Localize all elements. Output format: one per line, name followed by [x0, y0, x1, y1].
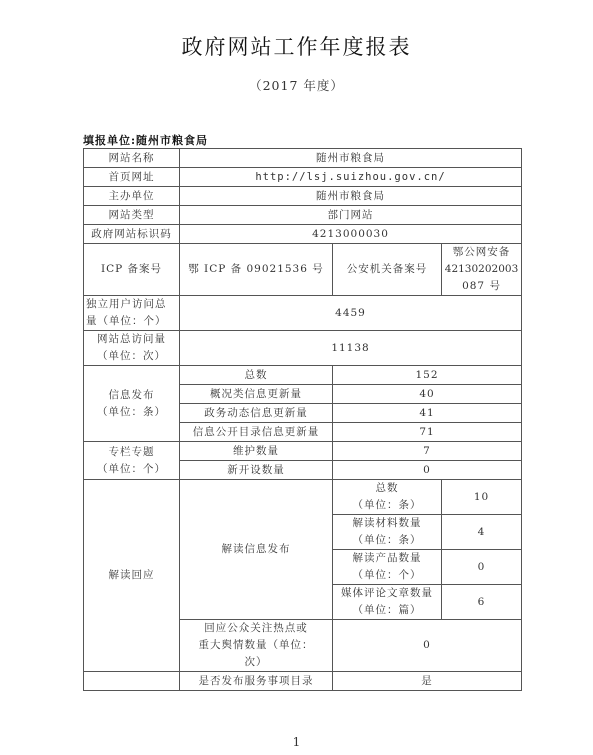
- label-info-row: 信息公开目录信息更新量: [180, 423, 333, 442]
- label-interp-row: 解读材料数量 （单位：条）: [333, 515, 442, 550]
- report-table: 网站名称 随州市粮食局 首页网址 http://lsj.suizhou.gov.…: [83, 148, 522, 691]
- value-site-type: 部门网站: [180, 206, 522, 225]
- label-homepage: 首页网址: [84, 168, 180, 187]
- label-columns-row: 维护数量: [180, 442, 333, 461]
- label-columns-row: 新开设数量: [180, 461, 333, 480]
- row-interp-total: 解读回应 解读信息发布 总数 （单位：条） 10: [84, 480, 522, 515]
- value-icp: 鄂 ICP 备 09021536 号: [180, 244, 333, 296]
- label-site-name: 网站名称: [84, 149, 180, 168]
- reporting-unit: 填报单位:随州市粮食局: [83, 132, 208, 148]
- label-info-row: 总数: [180, 366, 333, 385]
- value-interp-row: 4: [442, 515, 522, 550]
- row-site-name: 网站名称 随州市粮食局: [84, 149, 522, 168]
- label-interp-row: 媒体评论文章数量 （单位：篇）: [333, 585, 442, 620]
- label-line: （单位：次）: [86, 348, 177, 365]
- label-line: 媒体评论文章数量: [335, 585, 439, 602]
- label-icp: ICP 备案号: [84, 244, 180, 296]
- value-sponsor: 随州市粮食局: [180, 187, 522, 206]
- label-line: 信息发布: [86, 387, 177, 404]
- value-interp-row: 0: [442, 550, 522, 585]
- label-line: 独立用户访问总: [86, 296, 177, 313]
- label-interp-row: 解读产品数量 （单位：个）: [333, 550, 442, 585]
- value-homepage-link[interactable]: http://lsj.suizhou.gov.cn/: [180, 168, 522, 187]
- page-number: 1: [0, 735, 593, 749]
- label-line: 解读材料数量: [335, 515, 439, 532]
- row-unique-visitors: 独立用户访问总 量（单位：个） 4459: [84, 296, 522, 331]
- label-line: （单位：个）: [86, 461, 177, 478]
- value-total-visits: 11138: [180, 331, 522, 366]
- label-total-visits: 网站总访问量 （单位：次）: [84, 331, 180, 366]
- label-site-id: 政府网站标识码: [84, 225, 180, 244]
- row-icp: ICP 备案号 鄂 ICP 备 09021536 号 公安机关备案号 鄂公网安备…: [84, 244, 522, 296]
- value-interp-response: 0: [333, 620, 522, 672]
- page-title: 政府网站工作年度报表: [0, 31, 593, 61]
- label-interpretation: 解读回应: [84, 480, 180, 672]
- label-line: （单位：篇）: [335, 602, 439, 619]
- value-info-row: 152: [333, 366, 522, 385]
- label-line: （单位：条）: [335, 532, 439, 549]
- label-info-publish: 信息发布 （单位：条）: [84, 366, 180, 442]
- label-columns: 专栏专题 （单位：个）: [84, 442, 180, 480]
- label-sponsor: 主办单位: [84, 187, 180, 206]
- row-service-catalog: 是否发布服务事项目录 是: [84, 672, 522, 691]
- police-record-line-2: 42130202003: [444, 261, 519, 278]
- label-interp-response: 回应公众关注热点或 重大舆情数量（单位： 次）: [180, 620, 333, 672]
- label-line: 次）: [182, 654, 330, 671]
- value-info-row: 41: [333, 404, 522, 423]
- value-site-id: 4213000030: [180, 225, 522, 244]
- police-record-line-1: 鄂公网安备: [444, 244, 519, 261]
- label-line: （单位：条）: [86, 404, 177, 421]
- value-columns-row: 7: [333, 442, 522, 461]
- police-record-line-3: 087 号: [444, 278, 519, 295]
- label-unique-visitors: 独立用户访问总 量（单位：个）: [84, 296, 180, 331]
- label-interp-row: 总数 （单位：条）: [333, 480, 442, 515]
- value-interp-row: 6: [442, 585, 522, 620]
- value-interp-row: 10: [442, 480, 522, 515]
- label-info-row: 政务动态信息更新量: [180, 404, 333, 423]
- value-site-name: 随州市粮食局: [180, 149, 522, 168]
- value-service-catalog: 是: [333, 672, 522, 691]
- value-info-row: 40: [333, 385, 522, 404]
- label-line: （单位：条）: [335, 497, 439, 514]
- row-total-visits: 网站总访问量 （单位：次） 11138: [84, 331, 522, 366]
- value-columns-row: 0: [333, 461, 522, 480]
- label-line: （单位：个）: [335, 567, 439, 584]
- row-site-type: 网站类型 部门网站: [84, 206, 522, 225]
- row-info-total: 信息发布 （单位：条） 总数 152: [84, 366, 522, 385]
- label-line: 专栏专题: [86, 444, 177, 461]
- label-site-type: 网站类型: [84, 206, 180, 225]
- row-homepage: 首页网址 http://lsj.suizhou.gov.cn/: [84, 168, 522, 187]
- label-line: 量（单位：个）: [86, 313, 177, 330]
- label-interpretation-publish: 解读信息发布: [180, 480, 333, 620]
- label-service-catalog: 是否发布服务事项目录: [180, 672, 333, 691]
- value-info-row: 71: [333, 423, 522, 442]
- label-line: 网站总访问量: [86, 331, 177, 348]
- label-line: 解读产品数量: [335, 550, 439, 567]
- label-line: 回应公众关注热点或: [182, 620, 330, 637]
- label-police-record: 公安机关备案号: [333, 244, 442, 296]
- report-year: （2017 年度）: [0, 76, 593, 94]
- row-sponsor: 主办单位 随州市粮食局: [84, 187, 522, 206]
- label-line: 总数: [335, 480, 439, 497]
- row-columns-maintained: 专栏专题 （单位：个） 维护数量 7: [84, 442, 522, 461]
- label-line: 重大舆情数量（单位：: [182, 637, 330, 654]
- value-unique-visitors: 4459: [180, 296, 522, 331]
- empty-cell: [84, 672, 180, 691]
- row-site-id: 政府网站标识码 4213000030: [84, 225, 522, 244]
- label-info-row: 概况类信息更新量: [180, 385, 333, 404]
- value-police-record: 鄂公网安备 42130202003 087 号: [442, 244, 522, 296]
